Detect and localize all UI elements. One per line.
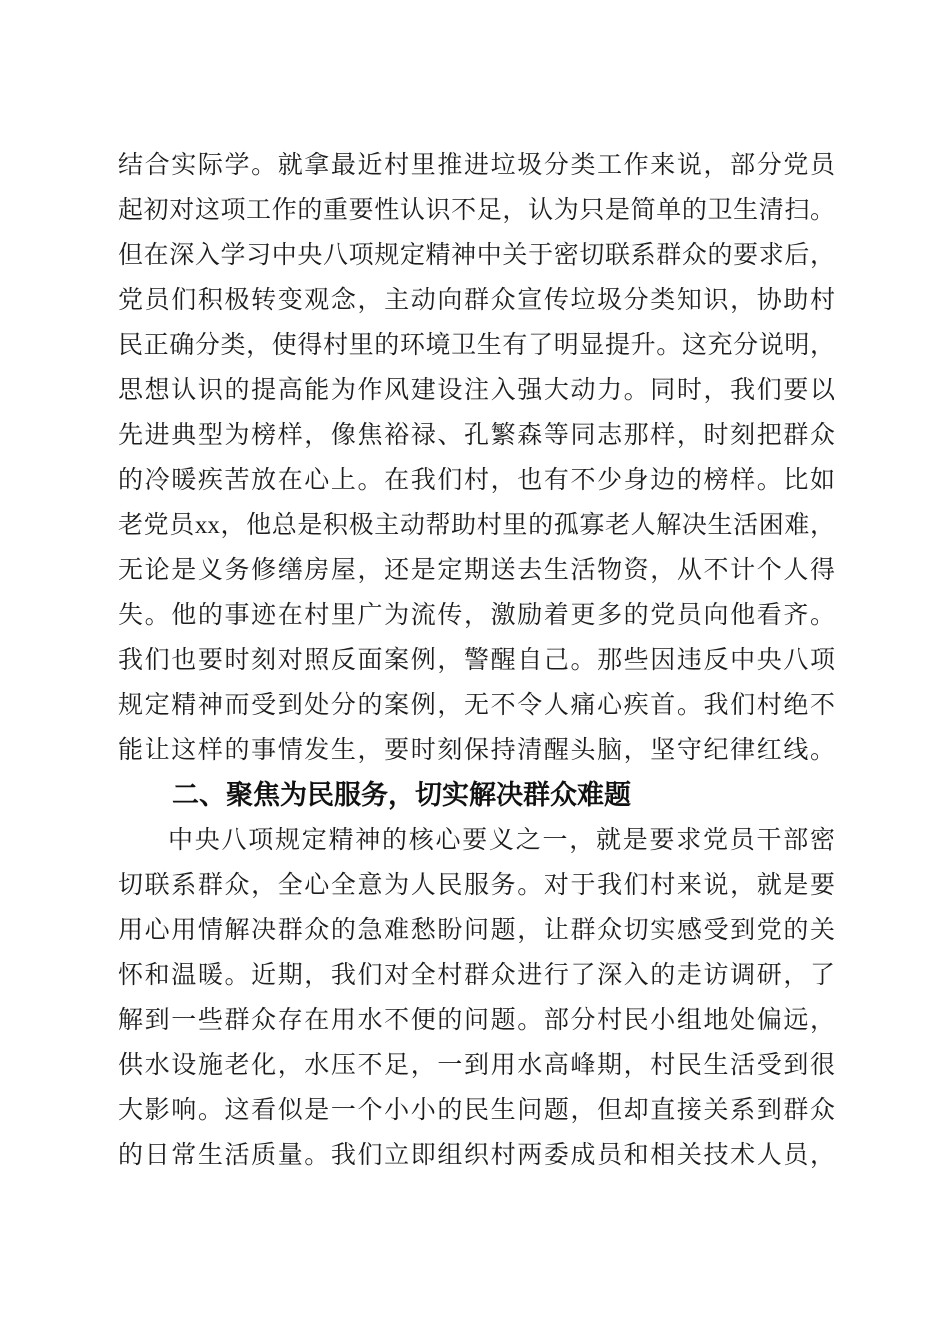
paragraph-line: 失。他的事迹在村里广为流传，激励着更多的党员向他看齐。 [118,593,835,638]
paragraph-line: 党员们积极转变观念，主动向群众宣传垃圾分类知识，协助村 [118,278,835,323]
paragraph-line: 思想认识的提高能为作风建设注入强大动力。同时，我们要以 [118,368,835,413]
paragraph-line: 但在深入学习中央八项规定精神中关于密切联系群众的要求后， [118,233,835,278]
paragraph-line: 供水设施老化，水压不足，一到用水高峰期，村民生活受到很 [118,1043,835,1088]
paragraph-line: 起初对这项工作的重要性认识不足，认为只是简单的卫生清扫。 [118,188,835,233]
document-page: 结合实际学。就拿最近村里推进垃圾分类工作来说，部分党员 起初对这项工作的重要性认… [0,0,950,1344]
paragraph-line: 大影响。这看似是一个小小的民生问题，但却直接关系到群众 [118,1088,835,1133]
paragraph-line: 的冷暖疾苦放在心上。在我们村，也有不少身边的榜样。比如 [118,458,835,503]
paragraph-line: 的日常生活质量。我们立即组织村两委成员和相关技术人员， [118,1133,835,1178]
paragraph-line: 解到一些群众存在用水不便的问题。部分村民小组地处偏远， [118,998,835,1043]
paragraph-line: 民正确分类，使得村里的环境卫生有了明显提升。这充分说明， [118,323,835,368]
section-heading: 二、聚焦为民服务，切实解决群众难题 [118,773,835,818]
paragraph-line: 切联系群众，全心全意为人民服务。对于我们村来说，就是要 [118,863,835,908]
paragraph-line: 能让这样的事情发生，要时刻保持清醒头脑，坚守纪律红线。 [118,728,835,773]
paragraph-line: 老党员xx，他总是积极主动帮助村里的孤寡老人解决生活困难， [118,503,835,548]
paragraph-line: 无论是义务修缮房屋，还是定期送去生活物资，从不计个人得 [118,548,835,593]
paragraph-line: 规定精神而受到处分的案例，无不令人痛心疾首。我们村绝不 [118,683,835,728]
paragraph-line: 用心用情解决群众的急难愁盼问题，让群众切实感受到党的关 [118,908,835,953]
paragraph-line: 结合实际学。就拿最近村里推进垃圾分类工作来说，部分党员 [118,143,835,188]
paragraph-line: 我们也要时刻对照反面案例，警醒自己。那些因违反中央八项 [118,638,835,683]
paragraph-line: 怀和温暖。近期，我们对全村群众进行了深入的走访调研，了 [118,953,835,998]
paragraph-line: 先进典型为榜样，像焦裕禄、孔繁森等同志那样，时刻把群众 [118,413,835,458]
paragraph-line: 中央八项规定精神的核心要义之一，就是要求党员干部密 [118,818,835,863]
text-block: 结合实际学。就拿最近村里推进垃圾分类工作来说，部分党员 起初对这项工作的重要性认… [118,143,835,1178]
